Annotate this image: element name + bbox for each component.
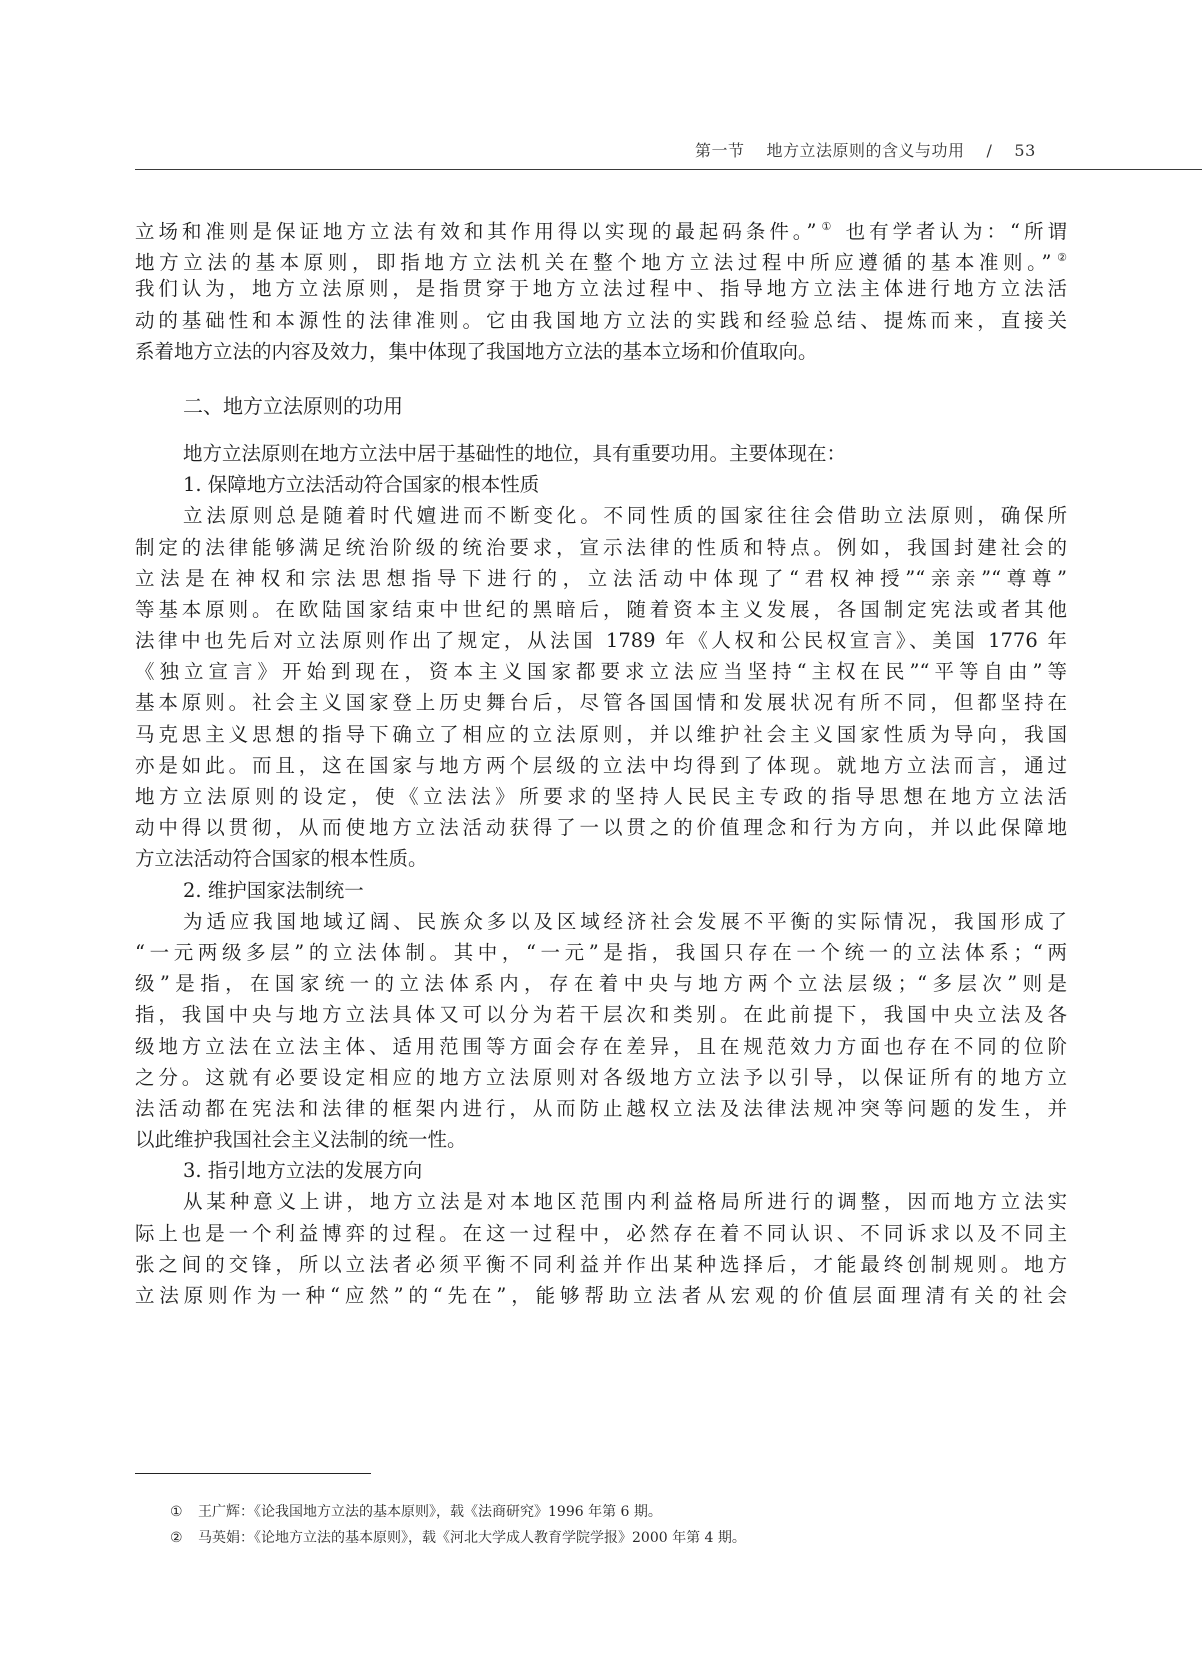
text-line: 制定的法律能够满足统治阶级的统治要求，宣示法律的性质和特点。例如，我国封建社会的 (135, 532, 1067, 563)
footnote-ref-2[interactable]: ② (1053, 251, 1067, 264)
text-line: 为适应我国地域辽阔、民族众多以及区域经济社会发展不平衡的实际情况，我国形成了 (135, 906, 1067, 937)
page-number: 53 (1014, 141, 1035, 160)
footnote-mark: ② (170, 1525, 198, 1551)
text-line: 亦是如此。而且，这在国家与地方两个层级的立法中均得到了体现。就地方立法而言，通过 (135, 750, 1067, 781)
item-2: 2. 维护国家法制统一 为适应我国地域辽阔、民族众多以及区域经济社会发展不平衡的… (135, 875, 1067, 1156)
footnotes: ①王广辉：《论我国地方立法的基本原则》，载《法商研究》1996 年第 6 期。 … (170, 1499, 746, 1551)
header-section: 第一节 (695, 141, 745, 160)
text-line: 动中得以贯彻，从而使地方立法活动获得了一以贯之的价值理念和行为方向，并以此保障地 (135, 812, 1067, 843)
text-line: 法律中也先后对立法原则作出了规定，从法国 1789 年《人权和公民权宣言》、美国… (135, 625, 1067, 656)
text-line: 立场和准则是保证地方立法有效和其作用得以实现的最起码条件。”① 也有学者认为：“… (135, 211, 1067, 242)
header-text: 第一节地方立法原则的含义与功用/53 (695, 138, 1036, 161)
text-line: 立法原则总是随着时代嬗进而不断变化。不同性质的国家往往会借助立法原则，确保所 (135, 500, 1067, 531)
footnote-mark: ① (170, 1499, 198, 1525)
item-1: 1. 保障地方立法活动符合国家的根本性质 立法原则总是随着时代嬗进而不断变化。不… (135, 469, 1067, 874)
line-text: 地方立法的基本原则，即指地方立法机关在整个地方立法过程中所应遵循的基本准则。” (135, 251, 1052, 274)
text-line: 立法原则作为一种“应然”的“先在”，能够帮助立法者从宏观的价值层面理清有关的社会 (135, 1280, 1067, 1311)
text-line: 级”是指，在国家统一的立法体系内，存在着中央与地方两个立法层级；“多层次”则是 (135, 968, 1067, 999)
text-line: 地方立法原则的设定，使《立法法》所要求的坚持人民民主专政的指导思想在地方立法活 (135, 781, 1067, 812)
text-line: 立法是在神权和宗法思想指导下进行的，立法活动中体现了“君权神授”“亲亲”“尊尊” (135, 563, 1067, 594)
footnote-2: ②马英娟：《论地方立法的基本原则》，载《河北大学成人教育学院学报》2000 年第… (170, 1525, 746, 1551)
text-line: 级地方立法在立法主体、适用范围等方面会存在差异，且在规范效力方面也存在不同的位阶 (135, 1031, 1067, 1062)
text-line: 等基本原则。在欧陆国家结束中世纪的黑暗后，随着资本主义发展，各国制定宪法或者其他 (135, 594, 1067, 625)
text-line: 从某种意义上讲，地方立法是对本地区范围内利益格局所进行的调整，因而地方立法实 (135, 1186, 1067, 1217)
item-title: 3. 指引地方立法的发展方向 (135, 1155, 1067, 1186)
section-heading: 二、地方立法原则的功用 (135, 391, 1067, 422)
header-title: 地方立法原则的含义与功用 (767, 141, 965, 160)
footnote-ref-1[interactable]: ① (818, 220, 836, 233)
footnote-text: 王广辉：《论我国地方立法的基本原则》，载《法商研究》1996 年第 6 期。 (198, 1504, 662, 1520)
item-title: 2. 维护国家法制统一 (135, 875, 1067, 906)
text-line: 我们认为，地方立法原则，是指贯穿于地方立法过程中、指导地方立法主体进行地方立法活 (135, 273, 1067, 304)
text-line: 系着地方立法的内容及效力，集中体现了我国地方立法的基本立场和价值取向。 (135, 336, 1067, 367)
running-header: 第一节地方立法原则的含义与功用/53 (0, 0, 1202, 171)
header-separator: / (987, 141, 993, 160)
text-line: 张之间的交锋，所以立法者必须平衡不同利益并作出某种选择后，才能最终创制规则。地方 (135, 1249, 1067, 1280)
text-line: 法活动都在宪法和法律的框架内进行，从而防止越权立法及法律法规冲突等问题的发生，并 (135, 1093, 1067, 1124)
text-line: 基本原则。社会主义国家登上历史舞台后，尽管各国国情和发展状况有所不同，但都坚持在 (135, 687, 1067, 718)
line-text: 也有学者认为：“所谓 (835, 220, 1067, 243)
footnote-text: 马英娟：《论地方立法的基本原则》，载《河北大学成人教育学院学报》2000 年第 … (198, 1530, 746, 1546)
line-text: 立场和准则是保证地方立法有效和其作用得以实现的最起码条件。” (135, 220, 817, 243)
text-line: 之分。这就有必要设定相应的地方立法原则对各级地方立法予以引导，以保证所有的地方立 (135, 1062, 1067, 1093)
text-line: 以此维护我国社会主义法制的统一性。 (135, 1124, 1067, 1155)
header-rule (135, 169, 1202, 170)
text-line: 指，我国中央与地方立法具体又可以分为若干层次和类别。在此前提下，我国中央立法及各 (135, 999, 1067, 1030)
text-line: 方立法活动符合国家的根本性质。 (135, 843, 1067, 874)
item-3: 3. 指引地方立法的发展方向 从某种意义上讲，地方立法是对本地区范围内利益格局所… (135, 1155, 1067, 1311)
item-title: 1. 保障地方立法活动符合国家的根本性质 (135, 469, 1067, 500)
paragraph-definition: 立场和准则是保证地方立法有效和其作用得以实现的最起码条件。”① 也有学者认为：“… (135, 211, 1067, 367)
footnote-rule (135, 1473, 371, 1474)
text-line: 马克思主义思想的指导下确立了相应的立法原则，并以维护社会主义国家性质为导向，我国 (135, 719, 1067, 750)
footnote-1: ①王广辉：《论我国地方立法的基本原则》，载《法商研究》1996 年第 6 期。 (170, 1499, 746, 1525)
text-line: “一元两级多层”的立法体制。其中，“一元”是指，我国只存在一个统一的立法体系；“… (135, 937, 1067, 968)
text-line: 地方立法的基本原则，即指地方立法机关在整个地方立法过程中所应遵循的基本准则。”② (135, 242, 1067, 273)
text-line: 际上也是一个利益博弈的过程。在这一过程中，必然存在着不同认识、不同诉求以及不同主 (135, 1218, 1067, 1249)
intro-paragraph: 地方立法原则在地方立法中居于基础性的地位，具有重要功用。主要体现在： (135, 438, 1067, 469)
text-line: 动的基础性和本源性的法律准则。它由我国地方立法的实践和经验总结、提炼而来，直接关 (135, 305, 1067, 336)
text-line: 《独立宣言》开始到现在，资本主义国家都要求立法应当坚持“主权在民”“平等自由”等 (135, 656, 1067, 687)
page-body: 立场和准则是保证地方立法有效和其作用得以实现的最起码条件。”① 也有学者认为：“… (135, 211, 1067, 1311)
